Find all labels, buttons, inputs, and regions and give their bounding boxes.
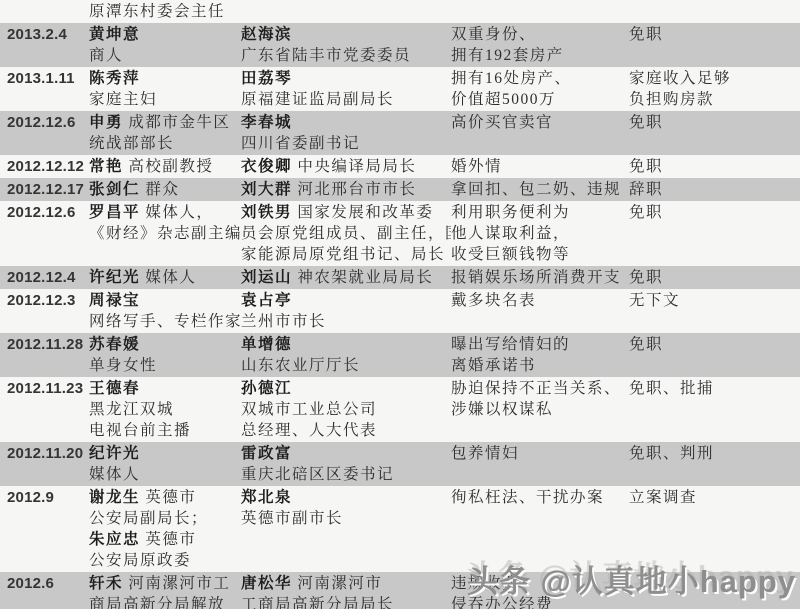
- result-line: 辞职: [629, 179, 797, 200]
- reporter-line: 常艳 高校副教授: [89, 156, 241, 177]
- table-row: 2012.12.12常艳 高校副教授衣俊卿 中央编译局局长婚外情免职: [0, 155, 800, 178]
- result-cell: 无下文: [629, 290, 797, 332]
- allegation-cell: 双重身份、拥有192套房产: [451, 24, 629, 66]
- allegation-line: 双重身份、: [451, 24, 629, 45]
- reporter-line: 许纪光 媒体人: [89, 267, 241, 288]
- date-cell: 2012.12.6: [3, 202, 89, 265]
- person-name: 纪许光: [89, 445, 140, 462]
- official-line: 家能源局原党组书记、局长: [241, 244, 451, 265]
- official-cell: 赵海滨广东省陆丰市党委委员: [241, 24, 451, 66]
- reporter-line: 王德春: [89, 378, 241, 399]
- official-line: 单增德: [241, 334, 451, 355]
- result-line: 立案调查: [629, 487, 797, 508]
- result-line: 免职: [629, 24, 797, 45]
- text-segment: 报销娱乐场所消费开支: [451, 269, 621, 286]
- person-name: 郑北泉: [241, 489, 292, 506]
- table-row: 2013.2.4黄坤意商人赵海滨广东省陆丰市党委委员双重身份、拥有192套房产免…: [0, 23, 800, 67]
- text-segment: 单身女性: [89, 357, 157, 374]
- allegation-cell: 曝出写给情妇的离婚承诺书: [451, 334, 629, 376]
- reporter-cell: 黄坤意商人: [89, 24, 241, 66]
- text-segment: 统战部部长: [89, 135, 174, 152]
- text-segment: 重庆北碚区区委书记: [241, 466, 394, 483]
- text-segment: 员会原党组成员、副主任，国: [241, 225, 451, 242]
- table-row: 2012.12.3周禄宝网络写手、专栏作家袁占亭兰州市市长戴多块名表无下文: [0, 289, 800, 333]
- result-cell: 免职: [629, 202, 797, 265]
- official-line: 孙德江: [241, 378, 451, 399]
- reporter-line: 罗昌平 媒体人，: [89, 202, 241, 223]
- official-line: 广东省陆丰市党委委员: [241, 45, 451, 66]
- allegation-line: 涉嫌以权谋私: [451, 399, 629, 420]
- allegation-line: 拥有16处房产、: [451, 68, 629, 89]
- text-segment: 高价买官卖官: [451, 114, 553, 131]
- reporter-line: 统战部部长: [89, 133, 241, 154]
- text-segment: 河北邢台市市长: [292, 181, 416, 198]
- official-line: 刘运山 神农架就业局局长: [241, 267, 451, 288]
- reporter-line: 周禄宝: [89, 290, 241, 311]
- official-cell: 唐松华 河南漯河市工商局高新分局局长: [241, 573, 451, 609]
- text-segment: 家庭主妇: [89, 91, 157, 108]
- reporter-line: 媒体人: [89, 464, 241, 485]
- reporter-line: 纪许光: [89, 443, 241, 464]
- official-line: 重庆北碚区区委书记: [241, 464, 451, 485]
- person-name: 张剑仁: [89, 181, 140, 198]
- text-segment: 免职: [629, 204, 663, 221]
- text-segment: 英德市: [140, 531, 196, 548]
- result-cell: [629, 1, 797, 22]
- text-segment: 黑龙江双城: [89, 401, 174, 418]
- person-name: 刘运山: [241, 269, 292, 286]
- reporter-line: 电视台前主播: [89, 420, 241, 441]
- text-segment: 双重身份、: [451, 26, 536, 43]
- table-row: 2012.11.20纪许光媒体人雷政富重庆北碚区区委书记包养情妇免职、判刑: [0, 442, 800, 486]
- person-name: 朱应忠: [89, 531, 140, 548]
- text-segment: 价值超5000万: [451, 91, 556, 108]
- result-cell: 辞职: [629, 179, 797, 200]
- result-cell: 免职: [629, 334, 797, 376]
- watermark-text: 头条 @认真地小happy: [467, 564, 796, 599]
- allegation-cell: 高价买官卖官: [451, 112, 629, 154]
- allegation-line: 他人谋取利益，: [451, 223, 629, 244]
- result-line: 家庭收入足够: [629, 68, 797, 89]
- reporter-cell: 申勇 成都市金牛区统战部部长: [89, 112, 241, 154]
- allegation-line: 拿回扣、包二奶、违规: [451, 179, 629, 200]
- watermark: 头条 @认真地小happy: [467, 556, 796, 601]
- text-segment: 拿回扣、包二奶、违规: [451, 181, 621, 198]
- result-cell: 免职、判刑: [629, 443, 797, 485]
- person-name: 许纪光: [89, 269, 140, 286]
- text-segment: 山东农业厅厅长: [241, 357, 360, 374]
- official-cell: 李春城四川省委副书记: [241, 112, 451, 154]
- date-cell: [3, 1, 89, 22]
- person-name: 王德春: [89, 380, 140, 397]
- result-cell: 免职: [629, 156, 797, 177]
- table-row: 原潭东村委会主任: [0, 0, 800, 23]
- date-cell: 2013.1.11: [3, 68, 89, 110]
- reporter-line: 原潭东村委会主任: [89, 1, 241, 22]
- text-segment: 收受巨额钱物等: [451, 246, 570, 263]
- table-row: 2012.11.23王德春黑龙江双城电视台前主播孙德江双城市工业总公司总经理、人…: [0, 377, 800, 442]
- reporter-line: 轩禾 河南漯河市工: [89, 573, 241, 594]
- official-line: 四川省委副书记: [241, 133, 451, 154]
- reporter-cell: 常艳 高校副教授: [89, 156, 241, 177]
- reporter-cell: 周禄宝网络写手、专栏作家: [89, 290, 241, 332]
- reporter-line: 张剑仁 群众: [89, 179, 241, 200]
- official-cell: 单增德山东农业厅厅长: [241, 334, 451, 376]
- result-line: 负担购房款: [629, 89, 797, 110]
- official-line: 双城市工业总公司: [241, 399, 451, 420]
- reporter-line: 苏春媛: [89, 334, 241, 355]
- official-cell: 孙德江双城市工业总公司总经理、人大代表: [241, 378, 451, 441]
- allegation-line: 利用职务便利为: [451, 202, 629, 223]
- text-segment: 戴多块名表: [451, 292, 536, 309]
- person-name: 李春城: [241, 114, 292, 131]
- text-segment: 负担购房款: [629, 91, 714, 108]
- allegation-line: 徇私枉法、干扰办案: [451, 487, 629, 508]
- person-name: 陈秀萍: [89, 70, 140, 87]
- allegation-cell: 利用职务便利为他人谋取利益，收受巨额钱物等: [451, 202, 629, 265]
- text-segment: 拥有16处房产、: [451, 70, 572, 87]
- person-name: 谢龙生: [89, 489, 140, 506]
- result-cell: 免职: [629, 112, 797, 154]
- reporter-line: 黄坤意: [89, 24, 241, 45]
- person-name: 罗昌平: [89, 204, 140, 221]
- text-segment: 国家发展和改革委: [292, 204, 433, 221]
- reporter-cell: 张剑仁 群众: [89, 179, 241, 200]
- allegation-cell: 胁迫保持不正当关系、涉嫌以权谋私: [451, 378, 629, 441]
- text-segment: 他人谋取利益，: [451, 225, 570, 242]
- reporter-line: 单身女性: [89, 355, 241, 376]
- official-line: 雷政富: [241, 443, 451, 464]
- date-cell: 2012.11.28: [3, 334, 89, 376]
- person-name: 刘铁男: [241, 204, 292, 221]
- text-segment: 免职: [629, 336, 663, 353]
- official-cell: 郑北泉英德市副市长: [241, 487, 451, 571]
- person-name: 袁占亭: [241, 292, 292, 309]
- date-cell: 2012.12.6: [3, 112, 89, 154]
- official-line: 兰州市市长: [241, 311, 451, 332]
- text-segment: 免职: [629, 158, 663, 175]
- reporter-line: 商局高新分局解放: [89, 594, 241, 609]
- reporter-cell: 罗昌平 媒体人，《财经》杂志副主编: [89, 202, 241, 265]
- date-cell: 2012.11.23: [3, 378, 89, 441]
- reporter-line: 陈秀萍: [89, 68, 241, 89]
- text-segment: 免职: [629, 26, 663, 43]
- table-row: 2013.1.11陈秀萍家庭主妇田荔琴原福建证监局副局长拥有16处房产、价值超5…: [0, 67, 800, 111]
- reporter-cell: 苏春媛单身女性: [89, 334, 241, 376]
- reporter-line: 谢龙生 英德市: [89, 487, 241, 508]
- official-line: 唐松华 河南漯河市: [241, 573, 451, 594]
- allegation-line: 婚外情: [451, 156, 629, 177]
- text-segment: 群众: [140, 181, 179, 198]
- text-segment: 神农架就业局局长: [292, 269, 433, 286]
- result-line: 免职、批捕: [629, 378, 797, 399]
- table-row: 2012.12.6申勇 成都市金牛区统战部部长李春城四川省委副书记高价买官卖官免…: [0, 111, 800, 155]
- official-cell: 田荔琴原福建证监局副局长: [241, 68, 451, 110]
- text-segment: 免职、批捕: [629, 380, 714, 397]
- allegation-line: 报销娱乐场所消费开支: [451, 267, 629, 288]
- date-cell: 2012.11.20: [3, 443, 89, 485]
- result-cell: 免职: [629, 24, 797, 66]
- official-line: 刘大群 河北邢台市市长: [241, 179, 451, 200]
- allegation-line: 曝出写给情妇的: [451, 334, 629, 355]
- official-line: 田荔琴: [241, 68, 451, 89]
- allegation-line: 包养情妇: [451, 443, 629, 464]
- official-cell: 衣俊卿 中央编译局局长: [241, 156, 451, 177]
- reporter-cell: 谢龙生 英德市公安局副局长；朱应忠 英德市公安局原政委: [89, 487, 241, 571]
- result-line: 免职: [629, 112, 797, 133]
- text-segment: 兰州市市长: [241, 313, 326, 330]
- text-segment: 婚外情: [451, 158, 502, 175]
- reporter-line: 黑龙江双城: [89, 399, 241, 420]
- official-cell: 刘大群 河北邢台市市长: [241, 179, 451, 200]
- official-line: 李春城: [241, 112, 451, 133]
- text-segment: 徇私枉法、干扰办案: [451, 489, 604, 506]
- text-segment: 免职: [629, 114, 663, 131]
- official-cell: [241, 1, 451, 22]
- text-segment: 无下文: [629, 292, 680, 309]
- text-segment: 英德市: [140, 489, 196, 506]
- table-row: 2012.12.6罗昌平 媒体人，《财经》杂志副主编刘铁男 国家发展和改革委员会…: [0, 201, 800, 266]
- text-segment: 《财经》杂志副主编: [89, 225, 241, 242]
- allegation-line: 高价买官卖官: [451, 112, 629, 133]
- result-cell: 家庭收入足够负担购房款: [629, 68, 797, 110]
- official-line: 英德市副市长: [241, 508, 451, 529]
- person-name: 唐松华: [241, 575, 292, 592]
- person-name: 孙德江: [241, 380, 292, 397]
- text-segment: 原潭东村委会主任: [89, 3, 225, 20]
- person-name: 常艳: [89, 158, 123, 175]
- text-segment: 商人: [89, 47, 123, 64]
- reporter-line: 公安局副局长；: [89, 508, 241, 529]
- text-segment: 成都市金牛区: [123, 114, 230, 131]
- reporter-line: 朱应忠 英德市: [89, 529, 241, 550]
- allegation-cell: 拥有16处房产、价值超5000万: [451, 68, 629, 110]
- person-name: 周禄宝: [89, 292, 140, 309]
- official-line: 衣俊卿 中央编译局局长: [241, 156, 451, 177]
- date-cell: 2013.2.4: [3, 24, 89, 66]
- result-cell: 免职: [629, 267, 797, 288]
- official-line: 原福建证监局副局长: [241, 89, 451, 110]
- text-segment: 媒体人: [89, 466, 140, 483]
- official-line: 总经理、人大代表: [241, 420, 451, 441]
- text-segment: 免职: [629, 269, 663, 286]
- official-line: 山东农业厅厅长: [241, 355, 451, 376]
- allegation-line: 戴多块名表: [451, 290, 629, 311]
- result-line: 免职: [629, 202, 797, 223]
- reporter-line: 商人: [89, 45, 241, 66]
- reporter-line: 公安局原政委: [89, 550, 241, 571]
- allegation-line: 收受巨额钱物等: [451, 244, 629, 265]
- person-name: 单增德: [241, 336, 292, 353]
- allegation-cell: 包养情妇: [451, 443, 629, 485]
- allegation-line: 胁迫保持不正当关系、: [451, 378, 629, 399]
- official-line: 袁占亭: [241, 290, 451, 311]
- text-segment: 电视台前主播: [89, 422, 191, 439]
- reporter-cell: 原潭东村委会主任: [89, 1, 241, 22]
- date-cell: 2012.12.3: [3, 290, 89, 332]
- text-segment: 利用职务便利为: [451, 204, 570, 221]
- allegation-line: 离婚承诺书: [451, 355, 629, 376]
- reporter-cell: 纪许光媒体人: [89, 443, 241, 485]
- text-segment: 曝出写给情妇的: [451, 336, 570, 353]
- person-name: 轩禾: [89, 575, 123, 592]
- text-segment: 四川省委副书记: [241, 135, 360, 152]
- text-segment: 免职、判刑: [629, 445, 714, 462]
- text-segment: 高校副教授: [123, 158, 213, 175]
- date-cell: 2012.12.17: [3, 179, 89, 200]
- result-line: 免职: [629, 156, 797, 177]
- text-segment: 原福建证监局副局长: [241, 91, 394, 108]
- reporter-line: 《财经》杂志副主编: [89, 223, 241, 244]
- official-line: 工商局高新分局局长: [241, 594, 451, 609]
- reporter-line: 申勇 成都市金牛区: [89, 112, 241, 133]
- official-line: 刘铁男 国家发展和改革委: [241, 202, 451, 223]
- text-segment: 涉嫌以权谋私: [451, 401, 553, 418]
- text-segment: 胁迫保持不正当关系、: [451, 380, 621, 397]
- official-cell: 袁占亭兰州市市长: [241, 290, 451, 332]
- text-segment: 家能源局原党组书记、局长: [241, 246, 445, 263]
- official-line: 员会原党组成员、副主任，国: [241, 223, 451, 244]
- official-cell: 刘运山 神农架就业局局长: [241, 267, 451, 288]
- person-name: 赵海滨: [241, 26, 292, 43]
- table-row: 2012.11.28苏春媛单身女性单增德山东农业厅厅长曝出写给情妇的离婚承诺书免…: [0, 333, 800, 377]
- text-segment: 河南漯河市工: [123, 575, 230, 592]
- text-segment: 媒体人，: [140, 204, 213, 221]
- result-line: 免职: [629, 334, 797, 355]
- table-body: 原潭东村委会主任2013.2.4黄坤意商人赵海滨广东省陆丰市党委委员双重身份、拥…: [0, 0, 800, 609]
- person-name: 衣俊卿: [241, 158, 292, 175]
- reporter-cell: 陈秀萍家庭主妇: [89, 68, 241, 110]
- reporter-line: 家庭主妇: [89, 89, 241, 110]
- result-line: 无下文: [629, 290, 797, 311]
- text-segment: 拥有192套房产: [451, 47, 564, 64]
- person-name: 黄坤意: [89, 26, 140, 43]
- text-segment: 辞职: [629, 181, 663, 198]
- text-segment: 河南漯河市: [292, 575, 382, 592]
- reporter-cell: 轩禾 河南漯河市工商局高新分局解放: [89, 573, 241, 609]
- person-name: 苏春媛: [89, 336, 140, 353]
- text-segment: 商局高新分局解放: [89, 596, 225, 609]
- person-name: 刘大群: [241, 181, 292, 198]
- result-cell: 免职、批捕: [629, 378, 797, 441]
- date-cell: 2012.9: [3, 487, 89, 571]
- person-name: 雷政富: [241, 445, 292, 462]
- text-segment: 媒体人: [140, 269, 196, 286]
- official-cell: 刘铁男 国家发展和改革委员会原党组成员、副主任，国家能源局原党组书记、局长: [241, 202, 451, 265]
- date-cell: 2012.12.4: [3, 267, 89, 288]
- allegation-cell: 戴多块名表: [451, 290, 629, 332]
- table-row: 2012.12.17张剑仁 群众刘大群 河北邢台市市长拿回扣、包二奶、违规辞职: [0, 178, 800, 201]
- person-name: 田荔琴: [241, 70, 292, 87]
- text-segment: 公安局副局长；: [89, 510, 208, 527]
- news-clipping-page: 原潭东村委会主任2013.2.4黄坤意商人赵海滨广东省陆丰市党委委员双重身份、拥…: [0, 0, 800, 609]
- reporter-cell: 许纪光 媒体人: [89, 267, 241, 288]
- text-segment: 网络写手、专栏作家: [89, 313, 241, 330]
- result-line: 免职、判刑: [629, 443, 797, 464]
- person-name: 申勇: [89, 114, 123, 131]
- text-segment: 英德市副市长: [241, 510, 343, 527]
- text-segment: 家庭收入足够: [629, 70, 731, 87]
- allegation-line: 拥有192套房产: [451, 45, 629, 66]
- allegation-cell: 婚外情: [451, 156, 629, 177]
- text-segment: 公安局原政委: [89, 552, 191, 569]
- text-segment: 离婚承诺书: [451, 357, 536, 374]
- official-line: 赵海滨: [241, 24, 451, 45]
- reporter-line: 网络写手、专栏作家: [89, 311, 241, 332]
- allegation-line: 价值超5000万: [451, 89, 629, 110]
- text-segment: 双城市工业总公司: [241, 401, 377, 418]
- text-segment: 中央编译局局长: [292, 158, 416, 175]
- allegation-cell: [451, 1, 629, 22]
- text-segment: 工商局高新分局局长: [241, 596, 394, 609]
- text-segment: 广东省陆丰市党委委员: [241, 47, 411, 64]
- official-line: 郑北泉: [241, 487, 451, 508]
- official-cell: 雷政富重庆北碚区区委书记: [241, 443, 451, 485]
- result-line: 免职: [629, 267, 797, 288]
- allegation-cell: 报销娱乐场所消费开支: [451, 267, 629, 288]
- date-cell: 2012.12.12: [3, 156, 89, 177]
- allegation-cell: 拿回扣、包二奶、违规: [451, 179, 629, 200]
- reporter-cell: 王德春黑龙江双城电视台前主播: [89, 378, 241, 441]
- table-row: 2012.12.4许纪光 媒体人刘运山 神农架就业局局长报销娱乐场所消费开支免职: [0, 266, 800, 289]
- text-segment: 包养情妇: [451, 445, 519, 462]
- text-segment: 立案调查: [629, 489, 697, 506]
- date-cell: 2012.6: [3, 573, 89, 609]
- text-segment: 总经理、人大代表: [241, 422, 377, 439]
